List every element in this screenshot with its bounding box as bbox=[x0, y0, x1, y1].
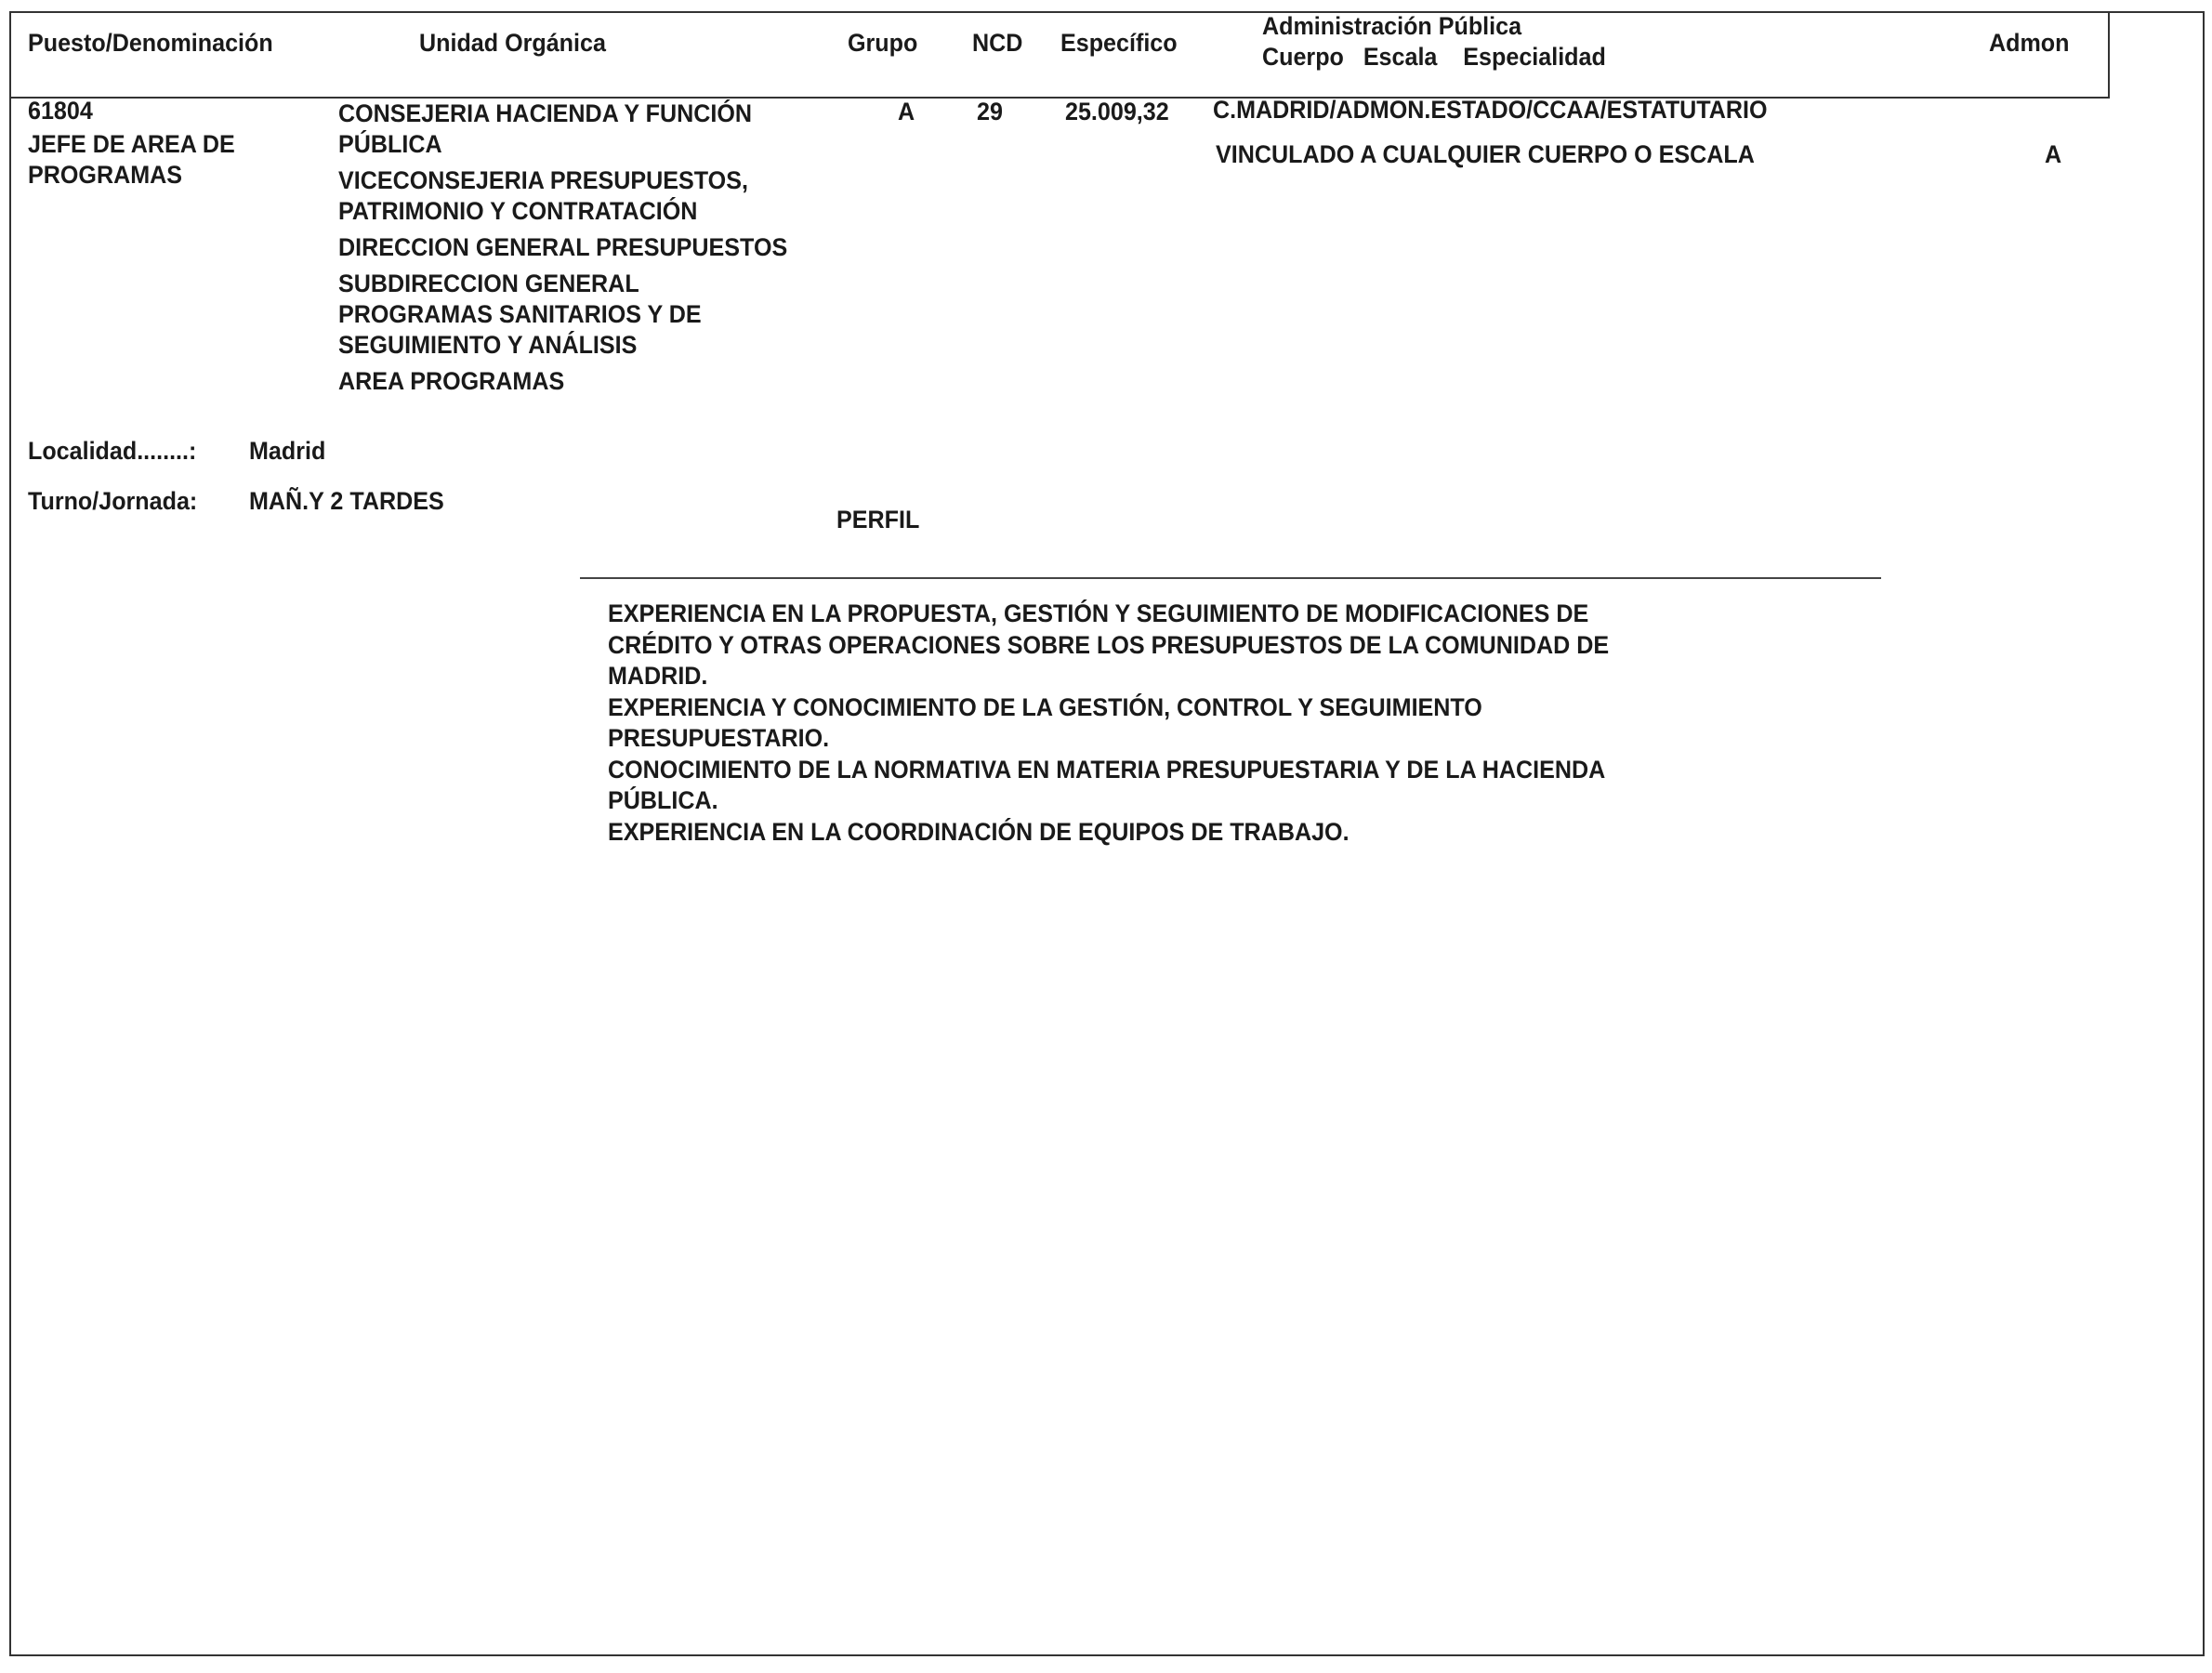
unidad-line: VICECONSEJERIA PRESUPUESTOS, bbox=[338, 165, 787, 196]
header-unidad: Unidad Orgánica bbox=[419, 28, 606, 59]
unidad-viceconsejeria: VICECONSEJERIA PRESUPUESTOS, PATRIMONIO … bbox=[338, 165, 787, 227]
perfil-line: CRÉDITO Y OTRAS OPERACIONES SOBRE LOS PR… bbox=[608, 630, 1609, 662]
turno-value: MAÑ.Y 2 TARDES bbox=[249, 486, 444, 517]
unidad-direccion: DIRECCION GENERAL PRESUPUESTOS bbox=[338, 232, 787, 263]
ncd-value: 29 bbox=[977, 97, 1003, 127]
denominacion-line: JEFE DE AREA DE bbox=[28, 129, 235, 160]
unidad-line: PROGRAMAS SANITARIOS Y DE bbox=[338, 299, 787, 330]
unidad-line: CONSEJERIA HACIENDA Y FUNCIÓN bbox=[338, 99, 787, 129]
grupo-value: A bbox=[898, 97, 915, 127]
perfil-line: MADRID. bbox=[608, 661, 1609, 692]
unidad-line: SEGUIMIENTO Y ANÁLISIS bbox=[338, 330, 787, 361]
perfil-line: EXPERIENCIA Y CONOCIMIENTO DE LA GESTIÓN… bbox=[608, 692, 1609, 724]
unidad-line: SUBDIRECCION GENERAL bbox=[338, 269, 787, 299]
admon-value: A bbox=[2045, 139, 2061, 170]
unidad-line: PATRIMONIO Y CONTRATACIÓN bbox=[338, 196, 787, 227]
perfil-title: PERFIL bbox=[836, 505, 919, 535]
unidad-area: AREA PROGRAMAS bbox=[338, 366, 787, 397]
perfil-line: PRESUPUESTARIO. bbox=[608, 723, 1609, 755]
localidad-value: Madrid bbox=[249, 436, 325, 467]
especifico-value: 25.009,32 bbox=[1065, 97, 1169, 127]
puesto-codigo: 61804 bbox=[28, 96, 93, 126]
header-ncd: NCD bbox=[972, 28, 1022, 59]
header-especifico: Específico bbox=[1060, 28, 1178, 59]
administracion-value: C.MADRID/ADMON.ESTADO/CCAA/ESTATUTARIO bbox=[1213, 95, 1768, 125]
perfil-divider bbox=[580, 577, 1881, 579]
unidad-subdireccion: SUBDIRECCION GENERAL PROGRAMAS SANITARIO… bbox=[338, 269, 787, 361]
perfil-line: CONOCIMIENTO DE LA NORMATIVA EN MATERIA … bbox=[608, 755, 1609, 786]
header-puesto: Puesto/Denominación bbox=[28, 28, 273, 59]
header-cuerpo-escala-especialidad: Cuerpo Escala Especialidad bbox=[1262, 42, 1606, 72]
turno-label: Turno/Jornada: bbox=[28, 486, 197, 517]
header-administracion: Administración Pública bbox=[1262, 11, 1521, 42]
unidad-line: PÚBLICA bbox=[338, 129, 787, 160]
unidad-line: DIRECCION GENERAL PRESUPUESTOS bbox=[338, 232, 787, 263]
perfil-requirements: EXPERIENCIA EN LA PROPUESTA, GESTIÓN Y S… bbox=[608, 599, 1609, 848]
puesto-denominacion: JEFE DE AREA DE PROGRAMAS bbox=[28, 129, 235, 191]
unidad-line: AREA PROGRAMAS bbox=[338, 366, 787, 397]
header-grupo: Grupo bbox=[848, 28, 917, 59]
unidad-organica: CONSEJERIA HACIENDA Y FUNCIÓN PÚBLICA VI… bbox=[338, 99, 787, 402]
table-header-box bbox=[9, 11, 2110, 99]
unidad-consejeria: CONSEJERIA HACIENDA Y FUNCIÓN PÚBLICA bbox=[338, 99, 787, 160]
cuerpo-value: VINCULADO A CUALQUIER CUERPO O ESCALA bbox=[1216, 139, 1755, 170]
header-admon: Admon bbox=[1989, 28, 2069, 59]
perfil-line: PÚBLICA. bbox=[608, 785, 1609, 817]
perfil-line: EXPERIENCIA EN LA PROPUESTA, GESTIÓN Y S… bbox=[608, 599, 1609, 630]
localidad-label: Localidad........: bbox=[28, 436, 196, 467]
perfil-line: EXPERIENCIA EN LA COORDINACIÓN DE EQUIPO… bbox=[608, 817, 1609, 849]
denominacion-line: PROGRAMAS bbox=[28, 160, 235, 191]
